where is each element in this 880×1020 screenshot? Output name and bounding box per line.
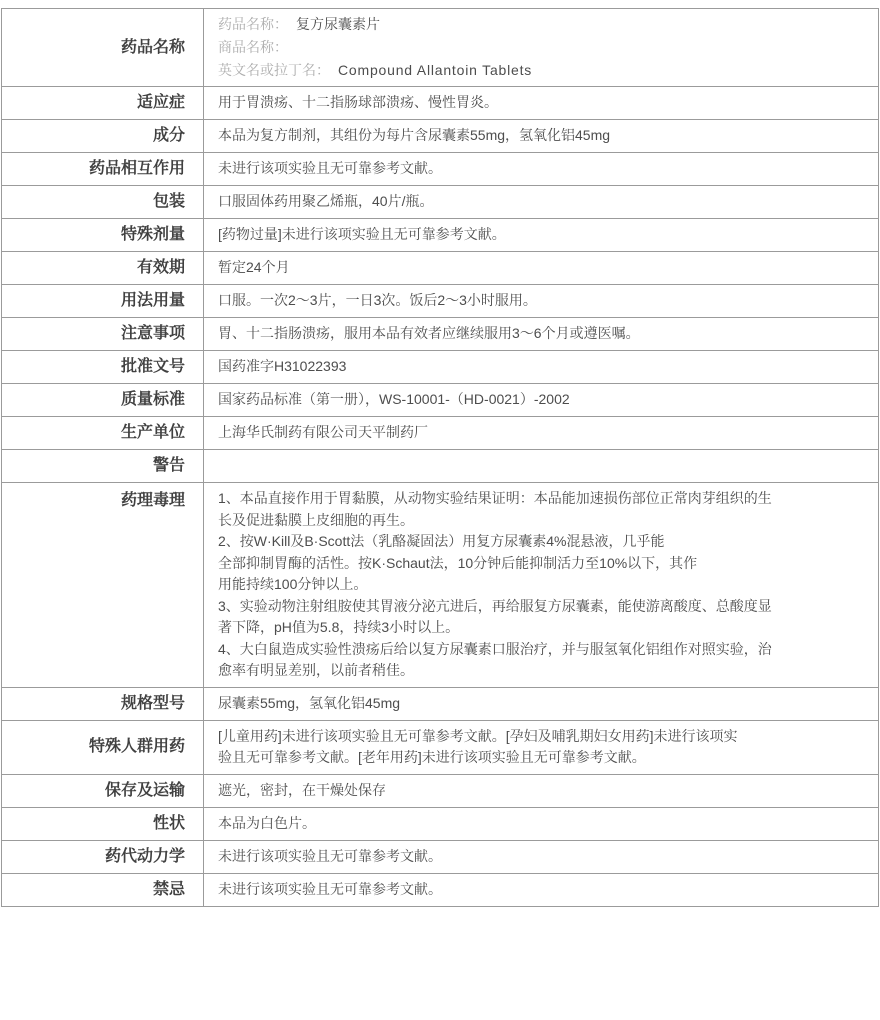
row-value-cell: 尿囊素55mg，氢氧化铝45mg [204, 688, 878, 720]
row-label: 保存及运输 [2, 775, 204, 807]
row-label: 有效期 [2, 252, 204, 284]
row-value: 口服。一次2～3片，一日3次。饭后2～3小时服用。 [218, 290, 537, 312]
row-label: 药品相互作用 [2, 153, 204, 185]
field-key: 英文名或拉丁名： [218, 62, 330, 78]
row-value-cell: 未进行该项实验且无可靠参考文献。 [204, 874, 878, 906]
row-value: 国药准字H31022393 [218, 356, 346, 378]
row-label: 特殊剂量 [2, 219, 204, 251]
row-value: 未进行该项实验且无可靠参考文献。 [218, 879, 442, 901]
row-value-cell: 本品为白色片。 [204, 808, 878, 840]
row-label: 包装 [2, 186, 204, 218]
row-label: 警告 [2, 450, 204, 482]
row-value-cell: 1、本品直接作用于胃黏膜，从动物实验结果证明：本品能加速损伤部位正常肉芽组织的生… [204, 483, 878, 687]
row-value-cell: 用于胃溃疡、十二指肠球部溃疡、慢性胃炎。 [204, 87, 878, 119]
table-row: 保存及运输遮光，密封，在干燥处保存 [2, 775, 878, 808]
row-value: 用于胃溃疡、十二指肠球部溃疡、慢性胃炎。 [218, 92, 498, 114]
table-row: 注意事项胃、十二指肠溃疡，服用本品有效者应继续服用3～6个月或遵医嘱。 [2, 318, 878, 351]
row-label: 药品名称 [2, 9, 204, 86]
field-key: 商品名称： [218, 39, 288, 55]
row-value-cell: 口服固体药用聚乙烯瓶，40片/瓶。 [204, 186, 878, 218]
row-value-cell: 遮光，密封，在干燥处保存 [204, 775, 878, 807]
table-row: 批准文号国药准字H31022393 [2, 351, 878, 384]
table-row: 成分本品为复方制剂，其组份为每片含尿囊素55mg，氢氧化铝45mg [2, 120, 878, 153]
row-value: 上海华氏制药有限公司天平制药厂 [218, 422, 428, 444]
field-value: 复方尿囊素片 [296, 16, 380, 32]
row-label: 质量标准 [2, 384, 204, 416]
drug-name-field: 药品名称：复方尿囊素片 [218, 13, 380, 36]
row-value: 未进行该项实验且无可靠参考文献。 [218, 158, 442, 180]
table-row: 警告 [2, 450, 878, 483]
row-value: 口服固体药用聚乙烯瓶，40片/瓶。 [218, 191, 433, 213]
table-row: 用法用量口服。一次2～3片，一日3次。饭后2～3小时服用。 [2, 285, 878, 318]
row-label: 生产单位 [2, 417, 204, 449]
table-row: 药品名称 药品名称：复方尿囊素片 商品名称： 英文名或拉丁名：Compound … [2, 9, 878, 87]
table-row: 药品相互作用未进行该项实验且无可靠参考文献。 [2, 153, 878, 186]
table-row: 药理毒理1、本品直接作用于胃黏膜，从动物实验结果证明：本品能加速损伤部位正常肉芽… [2, 483, 878, 688]
row-value-cell: [儿童用药]未进行该项实验且无可靠参考文献。[孕妇及哺乳期妇女用药]未进行该项实… [204, 721, 878, 774]
english-name-field: 英文名或拉丁名：Compound Allantoin Tablets [218, 59, 532, 82]
row-value-cell: 胃、十二指肠溃疡，服用本品有效者应继续服用3～6个月或遵医嘱。 [204, 318, 878, 350]
row-value-cell: 未进行该项实验且无可靠参考文献。 [204, 841, 878, 873]
drug-info-table: 药品名称 药品名称：复方尿囊素片 商品名称： 英文名或拉丁名：Compound … [1, 8, 879, 907]
row-value: 暂定24个月 [218, 257, 290, 279]
table-row: 规格型号尿囊素55mg，氢氧化铝45mg [2, 688, 878, 721]
table-row: 适应症用于胃溃疡、十二指肠球部溃疡、慢性胃炎。 [2, 87, 878, 120]
table-row: 包装口服固体药用聚乙烯瓶，40片/瓶。 [2, 186, 878, 219]
table-row: 质量标准国家药品标准（第一册），WS-10001-（HD-0021）-2002 [2, 384, 878, 417]
row-label: 特殊人群用药 [2, 721, 204, 774]
row-value-cell: 口服。一次2～3片，一日3次。饭后2～3小时服用。 [204, 285, 878, 317]
row-value-cell: 暂定24个月 [204, 252, 878, 284]
row-value-cell: 未进行该项实验且无可靠参考文献。 [204, 153, 878, 185]
row-value-cell: 药品名称：复方尿囊素片 商品名称： 英文名或拉丁名：Compound Allan… [204, 9, 878, 86]
row-label: 性状 [2, 808, 204, 840]
row-label: 适应症 [2, 87, 204, 119]
row-value-cell: 本品为复方制剂，其组份为每片含尿囊素55mg，氢氧化铝45mg [204, 120, 878, 152]
row-value: 国家药品标准（第一册），WS-10001-（HD-0021）-2002 [218, 389, 570, 411]
row-label: 批准文号 [2, 351, 204, 383]
table-row: 生产单位上海华氏制药有限公司天平制药厂 [2, 417, 878, 450]
row-value: 未进行该项实验且无可靠参考文献。 [218, 846, 442, 868]
row-label: 规格型号 [2, 688, 204, 720]
row-label: 用法用量 [2, 285, 204, 317]
row-value-cell: [药物过量]未进行该项实验且无可靠参考文献。 [204, 219, 878, 251]
row-value-cell: 上海华氏制药有限公司天平制药厂 [204, 417, 878, 449]
row-value: [儿童用药]未进行该项实验且无可靠参考文献。[孕妇及哺乳期妇女用药]未进行该项实… [218, 726, 738, 769]
table-row: 有效期暂定24个月 [2, 252, 878, 285]
row-value: 尿囊素55mg，氢氧化铝45mg [218, 693, 400, 715]
table-row: 性状本品为白色片。 [2, 808, 878, 841]
row-value-cell: 国药准字H31022393 [204, 351, 878, 383]
row-label: 注意事项 [2, 318, 204, 350]
table-row: 特殊人群用药[儿童用药]未进行该项实验且无可靠参考文献。[孕妇及哺乳期妇女用药]… [2, 721, 878, 775]
row-label: 药代动力学 [2, 841, 204, 873]
row-value: [药物过量]未进行该项实验且无可靠参考文献。 [218, 224, 506, 246]
field-value: Compound Allantoin Tablets [338, 62, 532, 78]
trade-name-field: 商品名称： [218, 36, 296, 59]
row-label: 成分 [2, 120, 204, 152]
field-key: 药品名称： [218, 16, 288, 32]
row-value: 遮光，密封，在干燥处保存 [218, 780, 386, 802]
row-value: 本品为白色片。 [218, 813, 316, 835]
row-value: 本品为复方制剂，其组份为每片含尿囊素55mg，氢氧化铝45mg [218, 125, 610, 147]
row-value: 胃、十二指肠溃疡，服用本品有效者应继续服用3～6个月或遵医嘱。 [218, 323, 640, 345]
table-row: 特殊剂量[药物过量]未进行该项实验且无可靠参考文献。 [2, 219, 878, 252]
table-row: 药代动力学未进行该项实验且无可靠参考文献。 [2, 841, 878, 874]
row-value-cell [204, 450, 878, 482]
row-value-cell: 国家药品标准（第一册），WS-10001-（HD-0021）-2002 [204, 384, 878, 416]
row-value: 1、本品直接作用于胃黏膜，从动物实验结果证明：本品能加速损伤部位正常肉芽组织的生… [218, 488, 772, 682]
row-label: 药理毒理 [2, 483, 204, 687]
row-label: 禁忌 [2, 874, 204, 906]
table-row: 禁忌未进行该项实验且无可靠参考文献。 [2, 874, 878, 906]
